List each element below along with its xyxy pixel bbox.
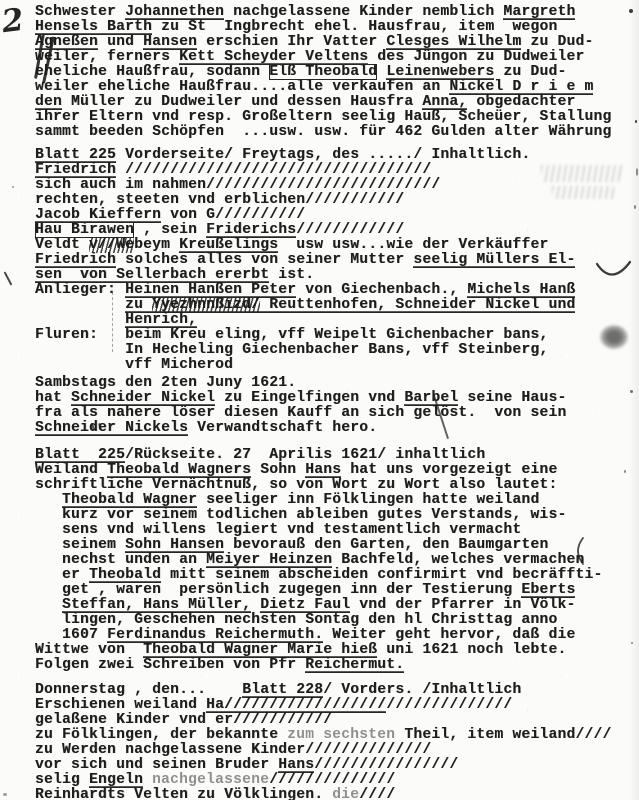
text-segment: Yyezhnnßizd/ — [152, 297, 260, 313]
text-segment: seelig Müllers El- — [413, 252, 575, 268]
text-segment: Friedrich — [35, 162, 116, 178]
text-segment: get , waren persönlich zugegen inn der T… — [35, 582, 521, 598]
text-segment: er — [35, 567, 89, 583]
text-line: Schwester Johannethen nachgelassene Kind… — [35, 5, 635, 20]
text-segment — [143, 772, 152, 788]
text-segment: Wittwe von — [35, 642, 143, 658]
text-segment: ////////////// — [386, 697, 512, 713]
text-segment: zu Fölklingen, der bekannte — [35, 727, 287, 743]
text-segment: In Hecheling Giechenbacher Bans, vff Ste… — [35, 342, 548, 358]
text-segment: //////////////// — [314, 757, 458, 773]
text-segment: Theil, item weiland//// — [395, 727, 611, 743]
text-segment: Erschienen weiland — [35, 697, 206, 713]
text-segment: Theobald Wagners — [107, 462, 251, 478]
scan-speck — [636, 168, 638, 176]
text-segment: sich auch im nahmen/////////////////////… — [35, 177, 440, 193]
text-segment: Hensels Barth — [35, 19, 152, 35]
text-segment: Schwester — [35, 4, 125, 20]
text-segment: zu Völklingen. — [188, 787, 332, 800]
text-line: Veldt v//Webeym Kreußelings usw usw...wi… — [35, 238, 635, 253]
text-line: hat Schneider Nickel zu Eingelfingen vnd… — [35, 391, 635, 406]
text-segment: kurz vor seinem todlichen ableiben gutes… — [35, 507, 566, 523]
text-segment: uni 1621 noch lebte. — [377, 642, 566, 658]
text-segment: Nickel D r i e m — [449, 79, 593, 95]
scan-speck — [12, 186, 14, 188]
text-line: den Müller zu Dudweiler und dessen Hausf… — [35, 95, 635, 110]
text-segment: sen von Sellerbach ererbt — [35, 267, 269, 283]
text-line: Weiland Theobald Wagners Sohn Hans hat u… — [35, 463, 635, 478]
text-line: zu Werden nachgelassene Kinder//////////… — [35, 743, 635, 758]
text-segment: erschien Ihr Vatter — [197, 34, 386, 50]
text-segment: Eberts — [521, 582, 575, 598]
text-segment: Jacob Kieffern — [35, 207, 161, 223]
text-segment: //////////// — [296, 222, 404, 238]
text-segment: Kreußelings — [179, 237, 278, 253]
text-segment: von G////////// — [161, 207, 305, 223]
text-segment: bevorauß den Garten, den Baumgarten — [224, 537, 548, 553]
text-segment: zu — [125, 297, 152, 313]
text-segment: sens vnd willens legiert vnd testamentli… — [35, 522, 521, 538]
scanned-document-page: { "document": { "kind": "typewritten arc… — [0, 0, 639, 800]
text-line: vor sich und seinen Bruder Hans/////////… — [35, 758, 635, 773]
text-segment: die — [332, 787, 359, 800]
text-segment: zu Werden nachgelassene Kinder//////////… — [35, 742, 431, 758]
text-line: Schneider Nickels Verwandtschaft hero. — [35, 421, 635, 436]
text-segment: / Vorders. /Inhaltlich — [323, 682, 521, 698]
text-segment: Hans — [278, 757, 314, 773]
text-segment — [251, 597, 260, 613]
text-segment: seinem — [35, 537, 125, 553]
text-segment: hat uns vorgezeigt eine — [341, 462, 557, 478]
text-segment: Blatt 225 — [35, 147, 116, 163]
text-line: 1607 Ferdinandus Reichermuth. Weiter geh… — [35, 628, 635, 643]
text-line: seinem Sohn Hansen bevorauß den Garten, … — [35, 538, 635, 553]
text-segment — [35, 492, 62, 508]
text-segment — [377, 64, 386, 80]
text-segment: rechten, steeten vnd erblichen//////////… — [35, 192, 404, 208]
text-segment: Ha////////////////// — [206, 697, 386, 713]
text-segment: Theobald — [89, 567, 161, 583]
text-segment: Meiyer Heinzen — [206, 552, 332, 568]
handwritten-page-number: 2 — [0, 2, 26, 40]
text-segment: seine Haus- — [458, 390, 566, 406]
text-segment: Ferdinandus Reichermuth. — [107, 627, 323, 643]
text-line: Blatt 225/Rückseite. 27 Aprilis 1621/ in… — [35, 448, 635, 463]
text-segment: Fluren: — [35, 327, 125, 343]
text-segment: Johannethen — [125, 4, 224, 20]
text-line: sen von Sellerbach ererbt ist. — [35, 268, 635, 283]
text-line: Folgen zwei Schreiben von Pfr Reichermut… — [35, 658, 635, 673]
text-segment: Steffan, Hans Müller, — [62, 597, 251, 613]
text-segment: Schneider Nickels — [35, 420, 188, 436]
text-line: ihrer Eltern vnd resp. Großeltern seelig… — [35, 110, 635, 125]
text-segment: weiler, ferners — [35, 49, 179, 65]
text-line: Henrich, — [35, 313, 635, 328]
text-segment: Müller zu Dudweiler und dessen Hausfra — [62, 94, 422, 110]
text-segment: beym — [134, 237, 179, 253]
text-line: gelaßene Kinder vnd er/////////// — [35, 713, 635, 728]
text-line: Wittwe von Theobald Wagner Marie hieß un… — [35, 643, 635, 658]
text-segment: Reuttenhofen, Schneider Nickel und — [260, 297, 575, 313]
text-segment: Sohn Hansen — [125, 537, 224, 553]
text-segment: zu Dud- — [521, 34, 593, 50]
block-blatt-225-vorderseite: Blatt 225 Vorderseite/ Freytags, des ...… — [35, 148, 635, 373]
text-segment: Weiland — [35, 462, 107, 478]
text-line: Sambstags den 2ten Juny 1621. — [35, 376, 635, 391]
text-line: In Hecheling Giechenbacher Bans, vff Ste… — [35, 343, 635, 358]
text-line: Agneßen und Hansen erschien Ihr Vatter C… — [35, 35, 635, 50]
text-line: Jacob Kieffern von G////////// — [35, 208, 635, 223]
text-segment: Reinhardts Velten — [35, 787, 188, 800]
text-segment: Hans — [305, 462, 341, 478]
text-segment: vnd der Pfarrer in Völk- — [350, 597, 575, 613]
text-segment: Hansen — [143, 34, 197, 50]
text-line: fra als nahere löser diesen Kauff an sic… — [35, 406, 635, 421]
text-segment: mitt seinem abscheiden confirmirt vnd be… — [161, 567, 602, 583]
text-segment: selig — [35, 772, 89, 788]
text-line: vff Micherod — [35, 358, 635, 373]
text-segment: den — [35, 94, 62, 110]
text-segment: Sohn — [251, 462, 305, 478]
text-segment: solches alles von seiner Mutter — [116, 252, 413, 268]
text-line: Theobald Wagner seeliger inn Fölklingen … — [35, 493, 635, 508]
text-segment: ist. — [269, 267, 314, 283]
text-segment: nechst unden an — [35, 552, 206, 568]
text-segment: fra als nahere löser diesen Kauff an sic… — [35, 405, 566, 421]
text-line: sich auch im nahmen/////////////////////… — [35, 178, 635, 193]
text-segment: nachgelassene — [152, 772, 269, 788]
scan-speck — [3, 793, 7, 796]
text-segment: Blatt 225 — [35, 447, 125, 463]
text-line: lingen, Geschehen nechsten Sontag den hl… — [35, 613, 635, 628]
text-line: Steffan, Hans Müller, Dietz Faul vnd der… — [35, 598, 635, 613]
text-line: sammt beeden Schöpfen ...usw. usw. für 4… — [35, 125, 635, 140]
text-segment: schriftliche Vernächtnuß, so von Wort zu… — [35, 477, 557, 493]
text-segment: beim Kreu eling, vff Weipelt Gichenbache… — [125, 327, 548, 343]
text-segment: von Giechenbach., — [296, 282, 467, 298]
text-segment: Kett Scheyder Veltens — [179, 49, 368, 65]
text-segment — [35, 312, 125, 328]
text-segment: //// — [359, 787, 395, 800]
text-line: Hau Birawen , sein Friderichs///////////… — [35, 223, 635, 238]
text-segment: Verwandtschaft hero. — [188, 420, 377, 436]
text-segment: Theobald Wagner Marie hieß — [143, 642, 377, 658]
text-segment: des Jüngon zu Dudweiler — [368, 49, 584, 65]
text-segment: Weiter geht hervor, daß die — [323, 627, 575, 643]
text-column: Schwester Johannethen nachgelassene Kind… — [35, 5, 635, 800]
text-segment: /Rückseite. 27 Aprilis 1621/ inhaltlich — [125, 447, 485, 463]
text-segment: Vorderseite/ Freytags, des ...../ Inhalt… — [116, 147, 530, 163]
text-line: nechst unden an Meiyer Heinzen Bachfeld,… — [35, 553, 635, 568]
text-segment: Donnerstag , den... — [35, 682, 242, 698]
text-segment: 1607 — [35, 627, 107, 643]
text-segment: Henrich, — [125, 312, 197, 328]
text-segment: Veldt — [35, 237, 89, 253]
text-line: kurz vor seinem todlichen ableiben gutes… — [35, 508, 635, 523]
text-line: Blatt 225 Vorderseite/ Freytags, des ...… — [35, 148, 635, 163]
text-segment: ihrer Eltern vnd resp. Großeltern seelig… — [35, 109, 612, 125]
text-line: weiler eheliche Haußfrau....alle verkauf… — [35, 80, 635, 95]
text-segment: zu St Ingbrecht ehel. Hausfrau, item weg… — [152, 19, 557, 35]
text-segment: Anlieger: — [35, 282, 125, 298]
text-segment: Reichermut. — [305, 657, 404, 673]
text-segment: und — [98, 34, 143, 50]
text-segment: Engeln — [89, 772, 143, 788]
text-line: get , waren persönlich zugegen inn der T… — [35, 583, 635, 598]
text-line: Fluren: beim Kreu eling, vff Weipelt Gic… — [35, 328, 635, 343]
text-segment: Schneider Nickel — [71, 390, 215, 406]
text-segment: Michels Hanß — [467, 282, 575, 298]
text-segment: Barbel — [404, 390, 458, 406]
text-segment: vor sich und seinen Bruder — [35, 757, 278, 773]
text-segment: ////////////// — [269, 772, 395, 788]
text-segment: seeliger inn Fölklingen hatte weiland — [197, 492, 539, 508]
text-line: Anlieger: Heinen Hanßen Peter von Gieche… — [35, 283, 635, 298]
text-segment: Agneßen — [35, 34, 98, 50]
handwritten-margin-tick — [4, 271, 13, 285]
text-line: Erschienen weiland Ha///////////////////… — [35, 698, 635, 713]
text-segment: usw usw...wie der Verkäuffer — [278, 237, 548, 253]
text-segment: gelaßene Kinder vnd er/////////// — [35, 712, 332, 728]
text-segment: Sambstags den 2ten Juny 1621. — [35, 375, 296, 391]
text-segment: obgedachter — [467, 94, 575, 110]
block-schwester-johannethen: Schwester Johannethen nachgelassene Kind… — [35, 5, 635, 140]
text-segment: zum sechsten — [287, 727, 395, 743]
text-segment: Friedrich — [35, 252, 116, 268]
text-segment: Clesges Wilhelm — [386, 34, 521, 50]
text-segment: v//We — [89, 237, 134, 253]
text-segment: Anna, — [422, 94, 467, 110]
text-segment: weiler eheliche Haußfrau....alle verkauf… — [35, 79, 449, 95]
text-segment: Elß Theobald — [269, 64, 377, 80]
block-sambstags-1621: Sambstags den 2ten Juny 1621.hat Schneid… — [35, 376, 635, 436]
text-segment: Friderichs — [206, 222, 296, 238]
text-segment: zu Dud- — [494, 64, 566, 80]
text-segment: Bachfeld, welches vermachen — [332, 552, 584, 568]
text-line: selig Engeln nachgelassene////////////// — [35, 773, 635, 788]
text-segment: , sein — [134, 222, 206, 238]
text-line: weiler, ferners Kett Scheyder Veltens de… — [35, 50, 635, 65]
text-segment: Margreth — [503, 4, 575, 20]
text-segment: zu Eingelfingen vnd — [215, 390, 404, 406]
scan-speck — [635, 120, 637, 123]
text-segment — [35, 297, 125, 313]
text-segment: Blatt 228 — [242, 682, 323, 698]
text-segment: Leinenwebers — [386, 64, 494, 80]
text-segment: Theobald Wagner — [62, 492, 197, 508]
text-line: Friedrich //////////////////////////////… — [35, 163, 635, 178]
text-segment — [35, 597, 62, 613]
text-line: sens vnd willens legiert vnd testamentli… — [35, 523, 635, 538]
block-blatt-225-rueckseite: Blatt 225/Rückseite. 27 Aprilis 1621/ in… — [35, 448, 635, 673]
text-segment: eheliche Haußfrau, sodann — [35, 64, 269, 80]
text-line: Donnerstag , den... Blatt 228/ Vorders. … — [35, 683, 635, 698]
text-line: rechten, steeten vnd erblichen//////////… — [35, 193, 635, 208]
text-segment: ////////////////////////////////// — [116, 162, 431, 178]
text-line: Reinhardts Velten zu Völklingen. die//// — [35, 788, 635, 800]
text-line: er Theobald mitt seinem abscheiden confi… — [35, 568, 635, 583]
text-segment: Dietz Faul — [260, 597, 350, 613]
text-segment: vff Micherod — [35, 357, 233, 373]
text-segment: Heinen Hanßen Peter — [125, 282, 296, 298]
text-segment: lingen, Geschehen nechsten Sontag den hl… — [35, 612, 557, 628]
text-line: eheliche Haußfrau, sodann Elß Theobald L… — [35, 65, 635, 80]
text-line: Hensels Barth zu St Ingbrecht ehel. Haus… — [35, 20, 635, 35]
text-segment: Hau Birawen — [35, 222, 134, 238]
text-line: Friedrich solches alles von seiner Mutte… — [35, 253, 635, 268]
text-line: zu Yyezhnnßizd/ Reuttenhofen, Schneider … — [35, 298, 635, 313]
text-segment: hat — [35, 390, 71, 406]
block-blatt-228-vorderseite: Donnerstag , den... Blatt 228/ Vorders. … — [35, 683, 635, 800]
text-segment: Folgen zwei Schreiben von Pfr — [35, 657, 305, 673]
text-line: schriftliche Vernächtnuß, so von Wort zu… — [35, 478, 635, 493]
text-segment: nachgelassene Kinder nemblich — [224, 4, 503, 20]
text-line: zu Fölklingen, der bekannte zum sechsten… — [35, 728, 635, 743]
text-segment: sammt beeden Schöpfen ...usw. usw. für 4… — [35, 124, 612, 140]
